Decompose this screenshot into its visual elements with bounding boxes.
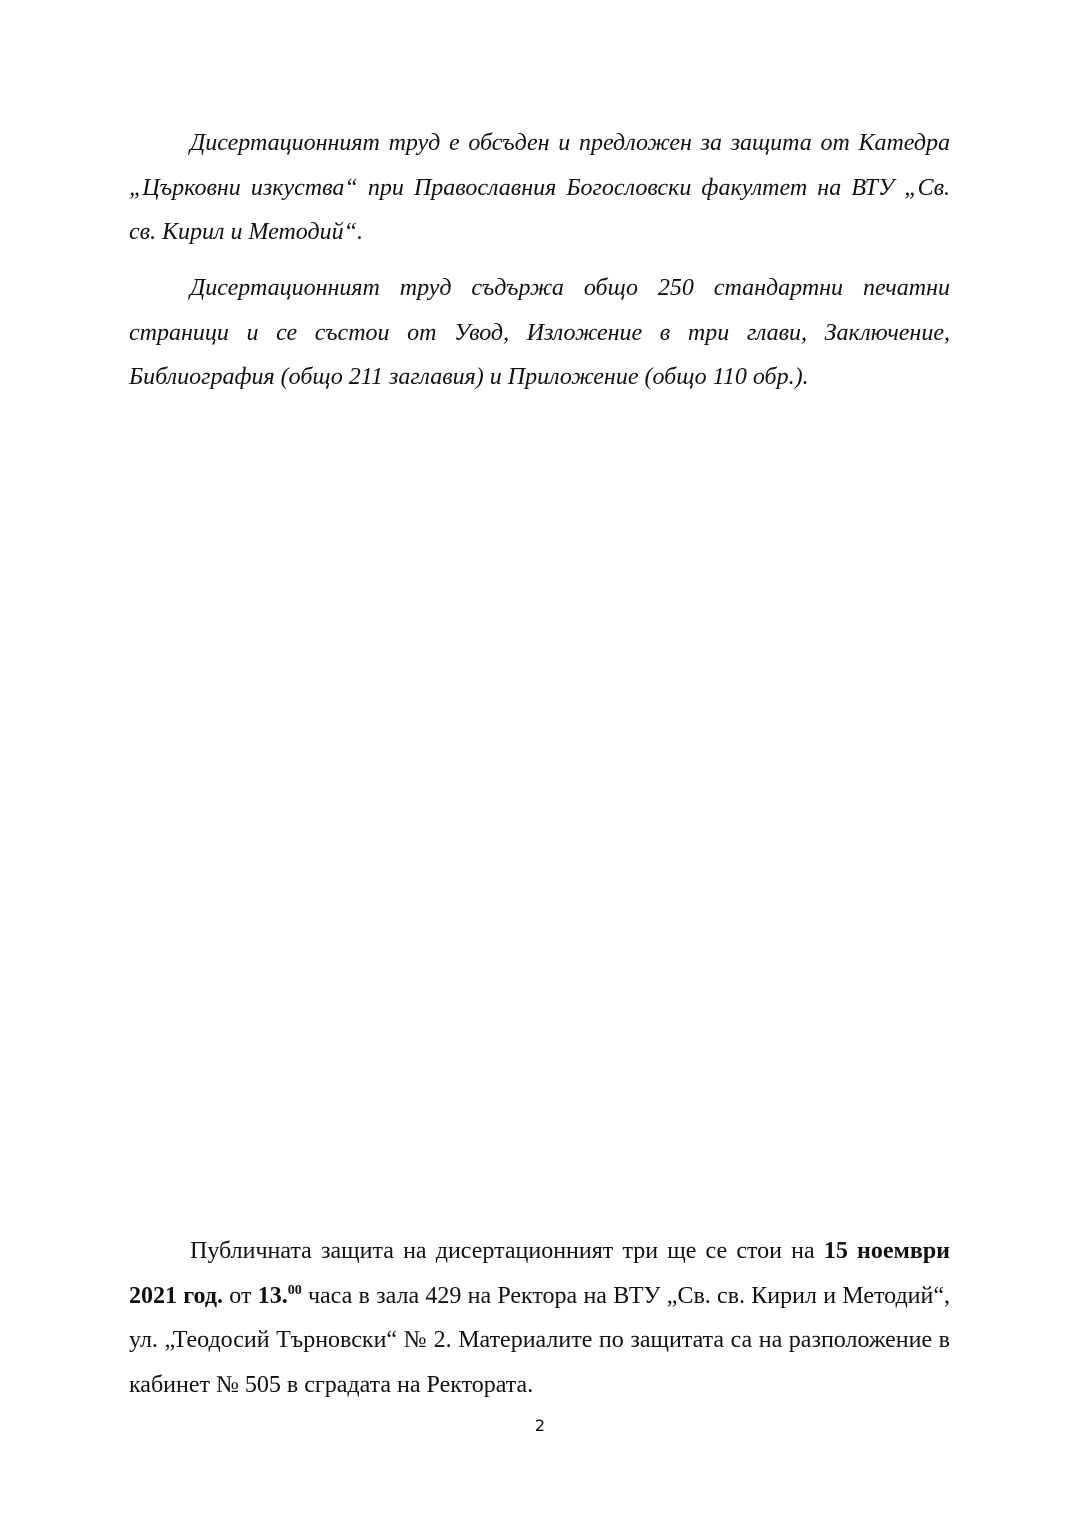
defense-time: 13.00 bbox=[258, 1283, 302, 1309]
page-number: 2 bbox=[0, 1416, 1080, 1435]
paragraph-public-defense: Публичната защита на дисертационният три… bbox=[129, 1229, 950, 1407]
document-page: Дисертационният труд е обсъден и предлож… bbox=[0, 0, 1080, 1527]
paragraph-dissertation-discussed: Дисертационният труд е обсъден и предлож… bbox=[129, 121, 950, 255]
defense-time-minutes: 00 bbox=[288, 1283, 302, 1298]
defense-text-from: от bbox=[223, 1283, 258, 1309]
defense-time-hour: 13. bbox=[258, 1283, 288, 1309]
defense-text-intro: Публичната защита на дисертационният три… bbox=[190, 1238, 824, 1264]
paragraph-dissertation-contents: Дисертационният труд съдържа общо 250 ст… bbox=[129, 266, 950, 400]
